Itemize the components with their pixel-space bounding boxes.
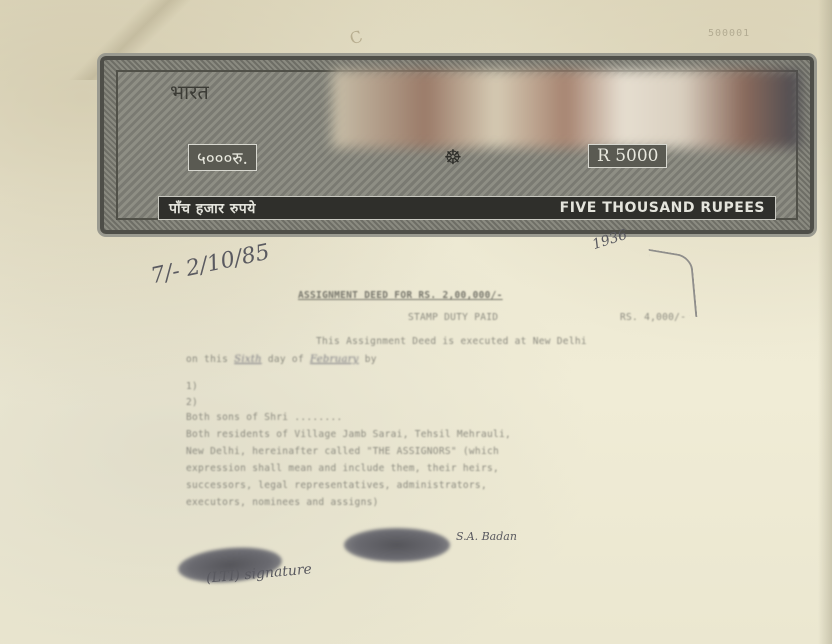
serial-number: 500001 <box>708 28 750 39</box>
thumbprint-right <box>344 528 450 562</box>
paragraph-line: expression shall mean and include them, … <box>186 463 766 474</box>
revenue-stamp: भारत ५०००रु. ☸ R 5000 पाँच हजार रुपये FI… <box>100 56 814 234</box>
intro-line-2: on this Sixth day of February by <box>186 354 377 365</box>
stamp-denomination-hindi: ५०००रु. <box>188 144 257 171</box>
intro-line-1: This Assignment Deed is executed at New … <box>316 336 587 347</box>
stamp-duty-value: RS. 4,000/- <box>620 312 686 323</box>
intro-prefix: on this <box>186 354 228 365</box>
stamp-country-label: भारत <box>170 78 209 105</box>
stamp-value-band: पाँच हजार रुपये FIVE THOUSAND RUPEES <box>158 196 776 220</box>
intro-month-fill: February <box>310 354 359 365</box>
intro-end: by <box>365 354 377 365</box>
handwritten-tick-mark <box>649 249 698 317</box>
paragraph-line: New Delhi, hereinafter called "THE ASSIG… <box>186 446 766 457</box>
paragraph-line: Both residents of Village Jamb Sarai, Te… <box>186 429 766 440</box>
intro-mid: day of <box>268 354 304 365</box>
party-2-label: 2) <box>186 397 198 408</box>
party-1-label: 1) <box>186 381 198 392</box>
ashoka-emblem-icon: ☸ <box>418 138 488 178</box>
paragraph-line: successors, legal representatives, admin… <box>186 480 766 491</box>
deed-title: ASSIGNMENT DEED FOR RS. 2,00,000/- <box>298 290 503 301</box>
blurred-photo <box>332 70 800 148</box>
handwritten-note-left: 7/- 2/10/85 <box>149 240 272 290</box>
signature-right: S.A. Badan <box>456 530 517 543</box>
paragraph-line: executors, nominees and assigns) <box>186 497 766 508</box>
stamp-denomination-english: R 5000 <box>588 144 667 168</box>
paragraph-line: Both sons of Shri ........ <box>186 412 766 423</box>
stamp-duty-label: STAMP DUTY PAID <box>408 312 498 323</box>
paper-edge <box>818 0 832 644</box>
stamp-band-english: FIVE THOUSAND RUPEES <box>560 200 765 216</box>
stamp-paper-document: C 500001 भारत ५०००रु. ☸ R 5000 पाँच हजार… <box>0 0 832 644</box>
stamp-inner-frame: भारत ५०००रु. ☸ R 5000 पाँच हजार रुपये FI… <box>116 70 798 220</box>
intro-day-fill: Sixth <box>234 354 262 365</box>
top-handwritten-mark: C <box>347 26 365 48</box>
stamp-band-hindi: पाँच हजार रुपये <box>169 199 256 218</box>
